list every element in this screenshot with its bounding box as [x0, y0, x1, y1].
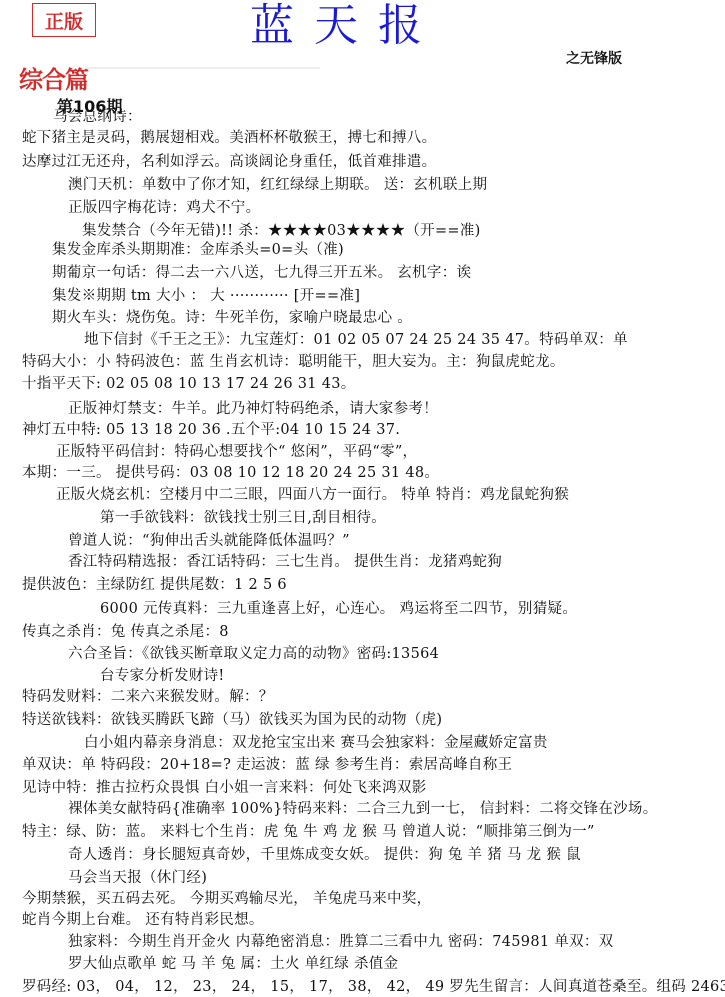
text-line: 第一手欲钱料：欲钱找士别三日,刮目相待。 — [100, 508, 386, 528]
text-line: 特码发财料：二来六来猴发财。解：？ — [22, 687, 274, 707]
text-line: 正版四字梅花诗：鸡犬不宁。 — [68, 198, 260, 218]
text-line: 裸体美女献特码{准确率 100%}特码来料：二合三九到一七， 信封料：二将交锋在… — [68, 799, 658, 819]
text-line: 罗大仙点歌单 蛇 马 羊 兔 属：土火 单红绿 杀值金 — [68, 954, 398, 974]
text-line: 六合圣旨：《欲钱买断章取义定力高的动物》密码:13564 — [68, 644, 439, 664]
text-line: 特送欲钱料：欲钱买腾跃飞蹄（马）欲钱买为国为民的动物（虎) — [22, 710, 442, 730]
section-heading: 综合篇 — [19, 60, 88, 95]
text-line: 集发※期期 tm 大小 ： 大 ············ [开==准] — [52, 286, 360, 306]
text-line: 特码大小：小 特码波色：蓝 生肖玄机诗：聪明能干，胆大妄为。主：狗鼠虎蛇龙。 — [22, 352, 565, 372]
text-line: 正版神灯禁支：牛羊。此乃神灯特码绝杀，请大家参考！ — [68, 399, 438, 419]
text-line: 见诗中特：推古拉朽众畏惧 白小姐一言来料：何处飞来鸿双影 — [22, 778, 427, 798]
text-line: 特主：绿、防：蓝。 来料七个生肖：虎 兔 牛 鸡 龙 猴 马 曾道人说：“顺排第… — [22, 822, 595, 842]
text-line: 单双诀：单 特码段：20+18=? 走运波：蓝 绿 参考生肖：索居高峰自称王 — [22, 755, 512, 775]
text-line: 期火车头：烧伤兔。诗：牛死羊伤，家喻户晓最忠心 。 — [52, 308, 412, 328]
text-line: 集发金库杀头期期准：金库杀头=0=头（准) — [52, 240, 344, 260]
text-line: 神灯五中特: 05 13 18 20 36 .五个平:04 10 15 24 3… — [22, 420, 400, 440]
text-line: 马会总纲诗： — [53, 107, 142, 127]
text-line: 集发禁合（今年无错)!! 杀：★★★★03★★★★（开==准) — [82, 221, 481, 241]
text-line: 今期禁猴，买五码去死。 今期买鸡输尽光， 羊兔虎马来中奖， — [22, 889, 431, 909]
text-line: 台专家分析发财诗! — [100, 666, 225, 686]
text-line: 传真之杀肖：兔 传真之杀尾：8 — [22, 622, 229, 642]
text-line: 曾道人说：“狗伸出舌头就能降低体温吗？” — [68, 531, 350, 551]
text-line: 提供波色：主绿防红 提供尾数：1 2 5 6 — [22, 575, 287, 595]
text-line: 正版特平码信封：特码心想要找个“ 悠闲”，平码“零”， — [56, 442, 417, 462]
text-line: 6000 元传真料：三九重逢喜上好，心连心。 鸡运将至二四节，别猜疑。 — [100, 599, 577, 619]
text-line: 蛇肖今期上台难。 还有特肖彩民想。 — [22, 910, 264, 930]
text-line: 白小姐内幕亲身消息：双龙抢宝宝出来 赛马会独家料：金屋藏娇定富贵 — [84, 733, 548, 753]
text-line: 蛇下猪主是灵码，鹅展翅相戏。美酒杯杯敬猴王，搏七和搏八。 — [22, 128, 436, 148]
text-line: 十指平天下: 02 05 08 10 13 17 24 26 31 43。 — [22, 374, 356, 394]
text-line: 期葡京一句话：得二去一六八送，七九得三开五米。 玄机字：诶 — [52, 263, 471, 283]
text-line: 地下信封《千王之王》：九宝莲灯：01 02 05 07 24 25 24 35 … — [84, 330, 628, 350]
text-line: 独家料：今期生肖开金火 内幕绝密消息：胜算二三看中九 密码：745981 单双：… — [68, 932, 613, 952]
text-line: 罗码经: 03， 04， 12， 23， 24， 15， 17， 38， 42，… — [22, 977, 725, 997]
text-line: 达摩过江无还舟，名利如浮云。高谈阔论身重任，低首难排遣。 — [22, 152, 436, 172]
text-line: 奇人透肖：身长腿短真奇妙，千里炼成变女妖。 提供：狗 兔 羊 猪 马 龙 猴 鼠 — [68, 845, 581, 865]
text-line: 正版火烧玄机：空楼月中二三眼，四面八方一面行。 特单 特肖：鸡龙鼠蛇狗猴 — [56, 485, 569, 505]
edition-label: 之无锋版 — [566, 48, 622, 68]
divider — [85, 67, 320, 69]
text-line: 香江特码精选报：香江话特码：三七生肖。 提供生肖：龙猪鸡蛇狗 — [68, 552, 502, 572]
text-line: 本期：一三。 提供号码：03 08 10 12 18 20 24 25 31 4… — [22, 463, 439, 483]
text-line: 澳门天机：单数中了你才知，红红绿绿上期联。 送：玄机联上期 — [68, 175, 487, 195]
newspaper-title: 蓝天报 — [250, 2, 450, 50]
text-line: 马会当天报（休门经) — [68, 868, 207, 888]
genuine-edition-stamp: 正版 — [32, 3, 96, 37]
